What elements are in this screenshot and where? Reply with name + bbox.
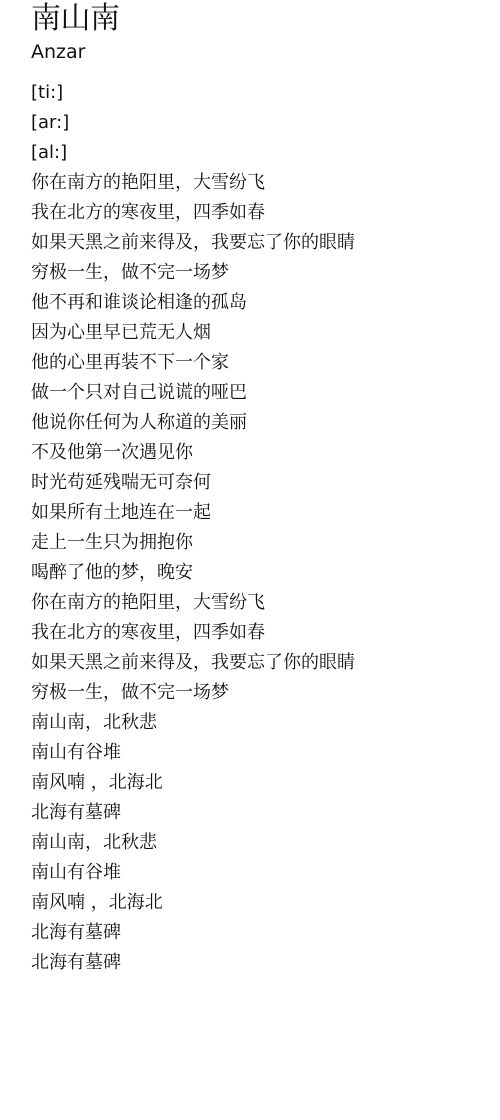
lyric-line: 他不再和谁谈论相逢的孤岛: [31, 288, 355, 318]
lyric-line: 你在南方的艳阳里，大雪纷飞: [31, 588, 355, 618]
lyric-line: 不及他第一次遇见你: [31, 438, 355, 468]
lyric-line: 南山有谷堆: [31, 858, 355, 888]
lyric-line: 南山有谷堆: [31, 738, 355, 768]
lyric-line: 穷极一生，做不完一场梦: [31, 258, 355, 288]
lyric-line: 如果天黑之前来得及，我要忘了你的眼睛: [31, 648, 355, 678]
lyric-line: 如果天黑之前来得及，我要忘了你的眼睛: [31, 228, 355, 258]
lyric-line-tag-title: [ti:]: [31, 78, 355, 108]
lyric-line: 南风喃 ，北海北: [31, 888, 355, 918]
lyric-line: 你在南方的艳阳里，大雪纷飞: [31, 168, 355, 198]
lyric-line: 因为心里早已荒无人烟: [31, 318, 355, 348]
lyric-line: 北海有墓碑: [31, 948, 355, 978]
lyric-line: 我在北方的寒夜里，四季如春: [31, 198, 355, 228]
lyric-line: 做一个只对自己说谎的哑巴: [31, 378, 355, 408]
lyric-line: 时光苟延残喘无可奈何: [31, 468, 355, 498]
lyrics-list: [ti:] [ar:] [al:] 你在南方的艳阳里，大雪纷飞 我在北方的寒夜里…: [31, 78, 355, 978]
lyric-line: 北海有墓碑: [31, 918, 355, 948]
lyric-line: 南风喃 ，北海北: [31, 768, 355, 798]
lyric-line: 走上一生只为拥抱你: [31, 528, 355, 558]
lyric-line: 南山南，北秋悲: [31, 708, 355, 738]
lyric-line-tag-artist: [ar:]: [31, 108, 355, 138]
lyric-line: 南山南，北秋悲: [31, 828, 355, 858]
lyric-line: 他的心里再装不下一个家: [31, 348, 355, 378]
lyric-line: 我在北方的寒夜里，四季如春: [31, 618, 355, 648]
lyric-line: 北海有墓碑: [31, 798, 355, 828]
lyric-line: 他说你任何为人称道的美丽: [31, 408, 355, 438]
lyric-line: 如果所有土地连在一起: [31, 498, 355, 528]
song-artist: Anzar: [31, 39, 85, 65]
lyric-line: 喝醉了他的梦，晚安: [31, 558, 355, 588]
lyric-line-tag-album: [al:]: [31, 138, 355, 168]
song-title: 南山南: [31, 1, 120, 37]
lyric-line: 穷极一生，做不完一场梦: [31, 678, 355, 708]
